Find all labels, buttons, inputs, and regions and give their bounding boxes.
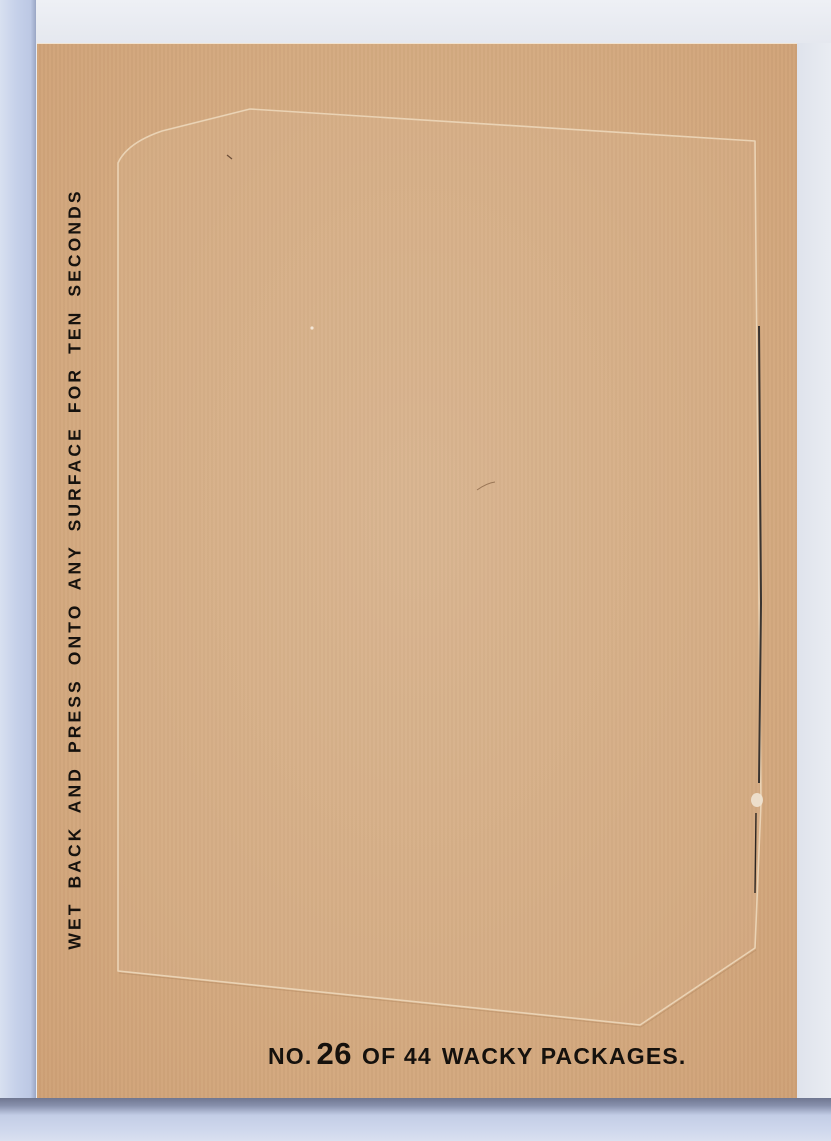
card-number: 26 (317, 1036, 352, 1071)
instruction-text: WET BACK AND PRESS ONTO ANY SURFACE FOR … (65, 188, 86, 949)
series-name: WACKY PACKAGES. (442, 1043, 687, 1069)
holder-right-edge (797, 43, 831, 1103)
holder-top-edge (36, 0, 831, 43)
trading-card-back: WET BACK AND PRESS ONTO ANY SURFACE FOR … (37, 43, 797, 1099)
sticker-die-cut-outline (37, 43, 797, 1099)
number-prefix: NO. (268, 1043, 313, 1069)
holder-left-edge (0, 0, 36, 1141)
holder-bottom-edge (0, 1098, 831, 1141)
card-number-line: NO.26OF 44WACKY PACKAGES. (268, 1036, 687, 1072)
total-count: OF 44 (362, 1043, 432, 1069)
